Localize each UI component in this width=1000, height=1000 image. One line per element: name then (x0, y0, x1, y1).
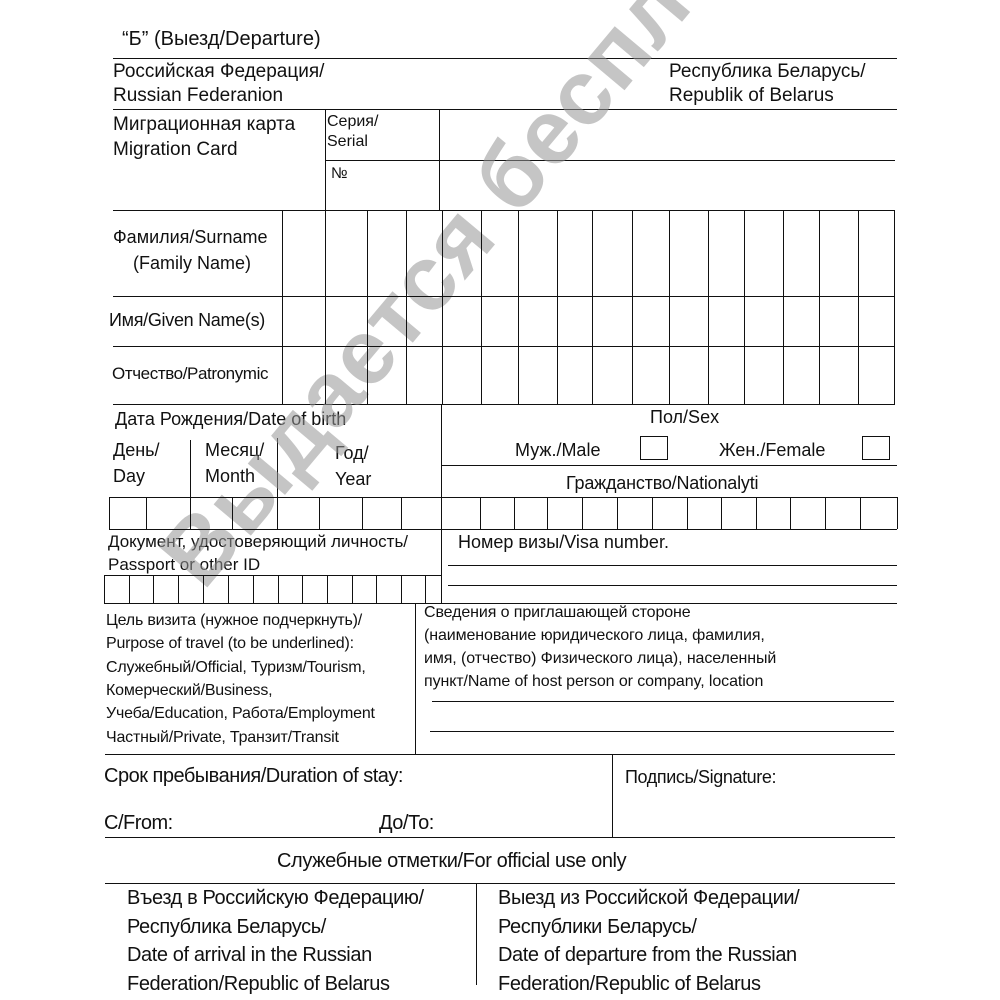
divider (113, 109, 897, 110)
divider (277, 438, 278, 497)
patronymic-letter-cell[interactable] (557, 346, 592, 404)
given-name-letter-cell[interactable] (819, 296, 858, 346)
departure-label-line: Date of departure from the Russian (498, 944, 797, 967)
purpose-line: Частный/Private, Транзит/Transit (106, 729, 339, 747)
visa-label: Номер визы/Visa number. (458, 532, 669, 553)
birth-date-label: Дата Рождения/Date of birth (115, 409, 346, 430)
signature-label[interactable]: Подпись/Signature: (625, 767, 776, 788)
surname-letter-cell[interactable] (481, 210, 518, 296)
birth-date-digit-cell[interactable] (277, 497, 319, 529)
female-checkbox[interactable] (862, 436, 890, 460)
given-name-letter-cell[interactable] (282, 296, 325, 346)
surname-letter-cell[interactable] (367, 210, 406, 296)
visa-number-line-2[interactable] (448, 585, 897, 586)
patronymic-letter-cell[interactable] (858, 346, 894, 404)
given-name-letter-cell[interactable] (708, 296, 744, 346)
patronymic-letter-cell[interactable] (592, 346, 632, 404)
surname-letter-cell[interactable] (557, 210, 592, 296)
purpose-line: Комерческий/Business, (106, 682, 272, 700)
nationality-letter-cell[interactable] (687, 497, 721, 529)
surname-label: Фамилия/Surname (113, 227, 267, 248)
grid-line (897, 497, 898, 529)
male-label: Муж./Male (515, 440, 600, 461)
visa-number-line-1[interactable] (448, 565, 897, 566)
passport-id-cell[interactable] (253, 575, 278, 603)
birth-date-digit-cell[interactable] (401, 497, 441, 529)
document-label-ru: Документ, удостоверяющий личность/ (108, 532, 408, 552)
given-name-label: Имя/Given Name(s) (109, 310, 265, 331)
grid-line (441, 529, 897, 530)
surname-letter-cell[interactable] (858, 210, 894, 296)
surname-letter-cell[interactable] (592, 210, 632, 296)
nationality-letter-cell[interactable] (441, 497, 480, 529)
birth-date-digit-cell[interactable] (109, 497, 146, 529)
given-name-letter-cell[interactable] (592, 296, 632, 346)
surname-label-2: (Family Name) (133, 253, 251, 274)
nationality-letter-cell[interactable] (480, 497, 514, 529)
birth-date-digit-cell[interactable] (232, 497, 277, 529)
surname-letter-cell[interactable] (819, 210, 858, 296)
arrival-label-line: Date of arrival in the Russian (127, 944, 372, 967)
purpose-line: Purpose of travel (to be underlined): (106, 635, 354, 653)
to-label[interactable]: До/То: (379, 812, 434, 835)
divider (113, 404, 895, 405)
birth-date-digit-cell[interactable] (319, 497, 362, 529)
arrival-label-line: Federation/Republic of Belarus (127, 973, 390, 996)
patronymic-letter-cell[interactable] (518, 346, 557, 404)
departure-label-line: Выезд из Российской Федерации/ (498, 887, 799, 910)
nationality-letter-cell[interactable] (825, 497, 860, 529)
arrival-label-line: Республика Беларусь/ (127, 916, 326, 939)
nationality-letter-cell[interactable] (582, 497, 617, 529)
given-name-letter-cell[interactable] (744, 296, 783, 346)
passport-id-cell[interactable] (401, 575, 425, 603)
purpose-line: Служебный/Official, Туризм/Tourism, (106, 659, 366, 677)
patronymic-label: Отчество/Patronymic (112, 364, 268, 384)
surname-letter-cell[interactable] (518, 210, 557, 296)
nationality-letter-cell[interactable] (790, 497, 825, 529)
patronymic-letter-cell[interactable] (325, 346, 367, 404)
birth-month-label-en: Month (205, 466, 255, 487)
host-info-line: (наименование юридического лица, фамилия… (424, 627, 765, 645)
given-name-letter-cell[interactable] (442, 296, 481, 346)
host-info-line: имя, (отчество) Физического лица), насел… (424, 650, 776, 668)
passport-id-cell[interactable] (302, 575, 327, 603)
passport-id-cell[interactable] (129, 575, 153, 603)
passport-id-cell[interactable] (104, 575, 129, 603)
given-name-letter-cell[interactable] (325, 296, 367, 346)
host-info-line: пункт/Name of host person or company, lo… (424, 673, 763, 691)
birth-date-digit-cell[interactable] (362, 497, 401, 529)
divider (612, 754, 613, 837)
divider (105, 837, 895, 838)
serial-label-en: Serial (327, 133, 368, 151)
divider (476, 883, 477, 985)
divider (190, 440, 191, 497)
nationality-label: Гражданство/Nationalyti (566, 473, 758, 494)
grid-line (104, 603, 441, 604)
official-use-title: Служебные отметки/For official use only (277, 850, 626, 873)
passport-id-cell[interactable] (352, 575, 376, 603)
serial-label-ru: Серия/ (327, 113, 378, 131)
male-checkbox[interactable] (640, 436, 668, 460)
nationality-letter-cell[interactable] (514, 497, 547, 529)
country-right-ru: Республика Беларусь/ (669, 61, 866, 83)
grid-line (441, 575, 442, 603)
female-label: Жен./Female (719, 440, 825, 461)
migration-card-form: “Б” (Выезд/Departure) Российская Федерац… (0, 0, 1000, 1000)
given-name-letter-cell[interactable] (783, 296, 819, 346)
patronymic-letter-cell[interactable] (708, 346, 744, 404)
divider (105, 883, 895, 884)
patronymic-letter-cell[interactable] (632, 346, 669, 404)
given-name-letter-cell[interactable] (557, 296, 592, 346)
country-right-en: Republik of Belarus (669, 85, 834, 107)
passport-id-cell[interactable] (178, 575, 203, 603)
nationality-letter-cell[interactable] (860, 497, 897, 529)
country-left-ru: Российская Федерация/ (113, 61, 324, 83)
surname-letter-cell[interactable] (744, 210, 783, 296)
given-name-letter-cell[interactable] (367, 296, 406, 346)
passport-id-cell[interactable] (278, 575, 302, 603)
birth-year-label-en: Year (335, 469, 371, 490)
purpose-line: Учеба/Education, Работа/Employment (106, 705, 375, 723)
patronymic-letter-cell[interactable] (282, 346, 325, 404)
birth-day-label-ru: День/ (113, 440, 160, 461)
patronymic-letter-cell[interactable] (442, 346, 481, 404)
surname-letter-cell[interactable] (442, 210, 481, 296)
divider (441, 465, 897, 466)
nationality-letter-cell[interactable] (756, 497, 790, 529)
departure-label-line: Республики Беларусь/ (498, 916, 697, 939)
sex-label: Пол/Sex (650, 407, 719, 428)
passport-id-cell[interactable] (228, 575, 253, 603)
passport-id-cell[interactable] (203, 575, 228, 603)
nationality-letter-cell[interactable] (617, 497, 652, 529)
birth-year-label-ru: Год/ (335, 443, 369, 464)
surname-letter-cell[interactable] (406, 210, 442, 296)
given-name-letter-cell[interactable] (669, 296, 708, 346)
surname-letter-cell[interactable] (669, 210, 708, 296)
surname-letter-cell[interactable] (325, 210, 367, 296)
patronymic-letter-cell[interactable] (819, 346, 858, 404)
card-title-ru: Миграционная карта (113, 114, 295, 136)
patronymic-letter-cell[interactable] (481, 346, 518, 404)
given-name-letter-cell[interactable] (406, 296, 442, 346)
passport-id-cell[interactable] (327, 575, 352, 603)
birth-date-digit-cell[interactable] (190, 497, 232, 529)
passport-id-cell[interactable] (425, 575, 441, 603)
given-name-letter-cell[interactable] (481, 296, 518, 346)
grid-line (109, 529, 441, 530)
given-name-letter-cell[interactable] (858, 296, 894, 346)
birth-date-digit-cell[interactable] (146, 497, 190, 529)
duration-label: Срок пребывания/Duration of stay: (104, 765, 403, 788)
departure-label-line: Federation/Republic of Belarus (498, 973, 761, 996)
divider (105, 754, 895, 755)
host-line-2[interactable] (430, 731, 894, 732)
host-line-1[interactable] (432, 701, 894, 702)
surname-letter-cell[interactable] (282, 210, 325, 296)
country-left-en: Russian Federanion (113, 85, 283, 107)
surname-letter-cell[interactable] (708, 210, 744, 296)
number-label: № (331, 165, 348, 183)
nationality-letter-cell[interactable] (547, 497, 582, 529)
arrival-label-line: Въезд в Российскую Федерацию/ (127, 887, 424, 910)
document-label-en: Passport or other ID (108, 555, 260, 575)
nationality-letter-cell[interactable] (721, 497, 756, 529)
card-type-title: “Б” (Выезд/Departure) (122, 28, 321, 51)
purpose-line: Цель визита (нужное подчеркнуть)/ (106, 612, 362, 630)
given-name-letter-cell[interactable] (632, 296, 669, 346)
surname-letter-cell[interactable] (632, 210, 669, 296)
patronymic-letter-cell[interactable] (367, 346, 406, 404)
patronymic-letter-cell[interactable] (669, 346, 708, 404)
patronymic-letter-cell[interactable] (406, 346, 442, 404)
patronymic-letter-cell[interactable] (744, 346, 783, 404)
card-title-en: Migration Card (113, 139, 238, 161)
from-label[interactable]: С/From: (104, 812, 173, 835)
host-info-line: Сведения о приглашающей стороне (424, 604, 691, 622)
divider (325, 160, 895, 161)
passport-id-cell[interactable] (376, 575, 401, 603)
nationality-letter-cell[interactable] (652, 497, 687, 529)
birth-month-label-ru: Месяц/ (205, 440, 264, 461)
divider (113, 58, 897, 59)
patronymic-letter-cell[interactable] (783, 346, 819, 404)
passport-id-cell[interactable] (153, 575, 178, 603)
divider (415, 603, 416, 754)
given-name-letter-cell[interactable] (518, 296, 557, 346)
grid-line (894, 210, 895, 404)
surname-letter-cell[interactable] (783, 210, 819, 296)
birth-day-label-en: Day (113, 466, 145, 487)
